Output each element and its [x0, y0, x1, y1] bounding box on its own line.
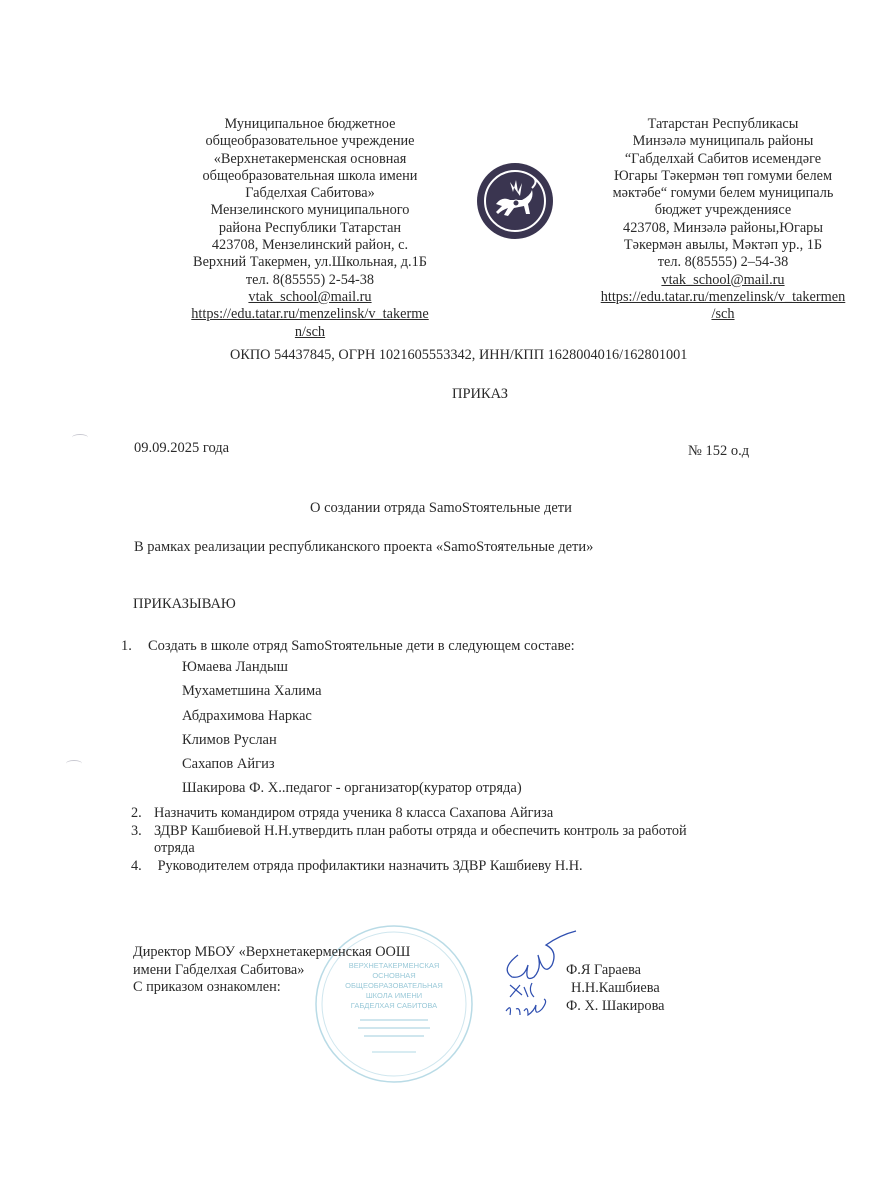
- item-text: отряда: [154, 840, 195, 856]
- header-left-line: района Республики Татарстан: [160, 220, 460, 237]
- requisites: ОКПО 54437845, ОГРН 1021605553342, ИНН/К…: [230, 347, 687, 364]
- website-link-continued[interactable]: /sch: [711, 306, 734, 322]
- member: Шакирова Ф. Х..педагог - организатор(кур…: [182, 776, 522, 800]
- order-item-2: 2.Назначить командиром отряда ученика 8 …: [131, 805, 687, 823]
- item-text: Создать в школе отряд SamoSтоятельные де…: [148, 638, 575, 654]
- header-right-line: Тәкермән авылы, Мәктәп ур., 1Б: [568, 237, 872, 254]
- header-left-line: общеобразовательное учреждение: [160, 133, 460, 150]
- item-number: 2.: [131, 805, 154, 823]
- item-text: Руководителем отряда профилактики назнач…: [154, 858, 583, 874]
- member: Сахапов Айгиз: [182, 752, 522, 776]
- header-right: Татарстан Республикасы Минзәлә муниципал…: [568, 116, 872, 324]
- website-link[interactable]: https://edu.tatar.ru/menzelinsk/v_takerm…: [191, 306, 428, 322]
- header-left-line: «Верхнетакерменская основная: [160, 151, 460, 168]
- order-items-rest: 2.Назначить командиром отряда ученика 8 …: [131, 805, 687, 875]
- order-date: 09.09.2025 года: [134, 440, 229, 457]
- website-link-continued[interactable]: n/sch: [295, 324, 325, 340]
- header-right-line: 423708, Минзәлә районы,Югары: [568, 220, 872, 237]
- signature-block: Директор МБОУ «Верхнетакерменская ООШ им…: [133, 944, 410, 997]
- order-word: ПРИКАЗЫВАЮ: [133, 596, 236, 613]
- header-left: Муниципальное бюджетное общеобразователь…: [160, 116, 460, 341]
- website-link[interactable]: https://edu.tatar.ru/menzelinsk/v_takerm…: [601, 289, 846, 305]
- director-title: Директор МБОУ «Верхнетакерменская ООШ: [133, 944, 410, 962]
- acquainted-label: С приказом ознакомлен:: [133, 979, 410, 997]
- header-right-line: бюджет учреждениясе: [568, 202, 872, 219]
- header-right-line: Татарстан Республикасы: [568, 116, 872, 133]
- header-left-line: общеобразовательная школа имени: [160, 168, 460, 185]
- header-left-line: тел. 8(85555) 2-54-38: [160, 272, 460, 289]
- header-right-line: тел. 8(85555) 2–54-38: [568, 254, 872, 271]
- svg-text:ГАБДЕЛХАЯ САБИТОВА: ГАБДЕЛХАЯ САБИТОВА: [351, 1001, 437, 1010]
- member: Абдрахимова Наркас: [182, 704, 522, 728]
- item-number: 1.: [121, 638, 148, 655]
- header-left-line: Габделхая Сабитова»: [160, 185, 460, 202]
- coat-of-arms-icon: [472, 158, 558, 244]
- member: Юмаева Ландыш: [182, 655, 522, 679]
- header-left-line: Мензелинского муниципального: [160, 202, 460, 219]
- order-item-3-continued: отряда: [131, 840, 687, 858]
- signatory-name: Ф.Я Гараева: [566, 962, 665, 980]
- members-list: Юмаева Ландыш Мухаметшина Халима Абдрахи…: [182, 655, 522, 801]
- item-text: Назначить командиром отряда ученика 8 кл…: [154, 805, 553, 821]
- header-right-line: Югары Тәкермән төп гомуми белем: [568, 168, 872, 185]
- header-right-line: Минзәлә муниципаль районы: [568, 133, 872, 150]
- signatory-names: Ф.Я Гараева Н.Н.Кашбиева Ф. Х. Шакирова: [566, 962, 665, 1015]
- header-left-line: Муниципальное бюджетное: [160, 116, 460, 133]
- document-type: ПРИКАЗ: [452, 386, 508, 403]
- header-left-line: 423708, Мензелинский район, с.: [160, 237, 460, 254]
- director-title-continued: имени Габделхая Сабитова»: [133, 962, 410, 980]
- item-text: ЗДВР Кашбиевой Н.Н.утвердить план работы…: [154, 823, 687, 839]
- order-item-3: 3.ЗДВР Кашбиевой Н.Н.утвердить план рабо…: [131, 823, 687, 841]
- signatory-name: Ф. Х. Шакирова: [566, 998, 665, 1016]
- header-right-line: мәктәбе“ гомуми белем муниципаль: [568, 185, 872, 202]
- preamble: В рамках реализации республиканского про…: [134, 539, 593, 556]
- scan-artifact: [66, 760, 82, 767]
- order-number: № 152 о.д: [688, 443, 749, 460]
- email-link[interactable]: vtak_school@mail.ru: [248, 289, 371, 305]
- item-number: 3.: [131, 823, 154, 841]
- order-item-1: 1.Создать в школе отряд SamoSтоятельные …: [121, 638, 575, 655]
- scan-artifact: [72, 434, 88, 441]
- order-item-4: 4. Руководителем отряда профилактики наз…: [131, 858, 687, 876]
- header-left-line: Верхний Такермен, ул.Школьная, д.1Б: [160, 254, 460, 271]
- member: Климов Руслан: [182, 728, 522, 752]
- order-title: О создании отряда SamoSтоятельные дети: [310, 500, 572, 517]
- signatory-name: Н.Н.Кашбиева: [566, 980, 665, 998]
- header-right-line: “Габделхай Сабитов исемендәге: [568, 151, 872, 168]
- member: Мухаметшина Халима: [182, 679, 522, 703]
- item-number: 4.: [131, 858, 154, 876]
- email-link[interactable]: vtak_school@mail.ru: [661, 272, 784, 288]
